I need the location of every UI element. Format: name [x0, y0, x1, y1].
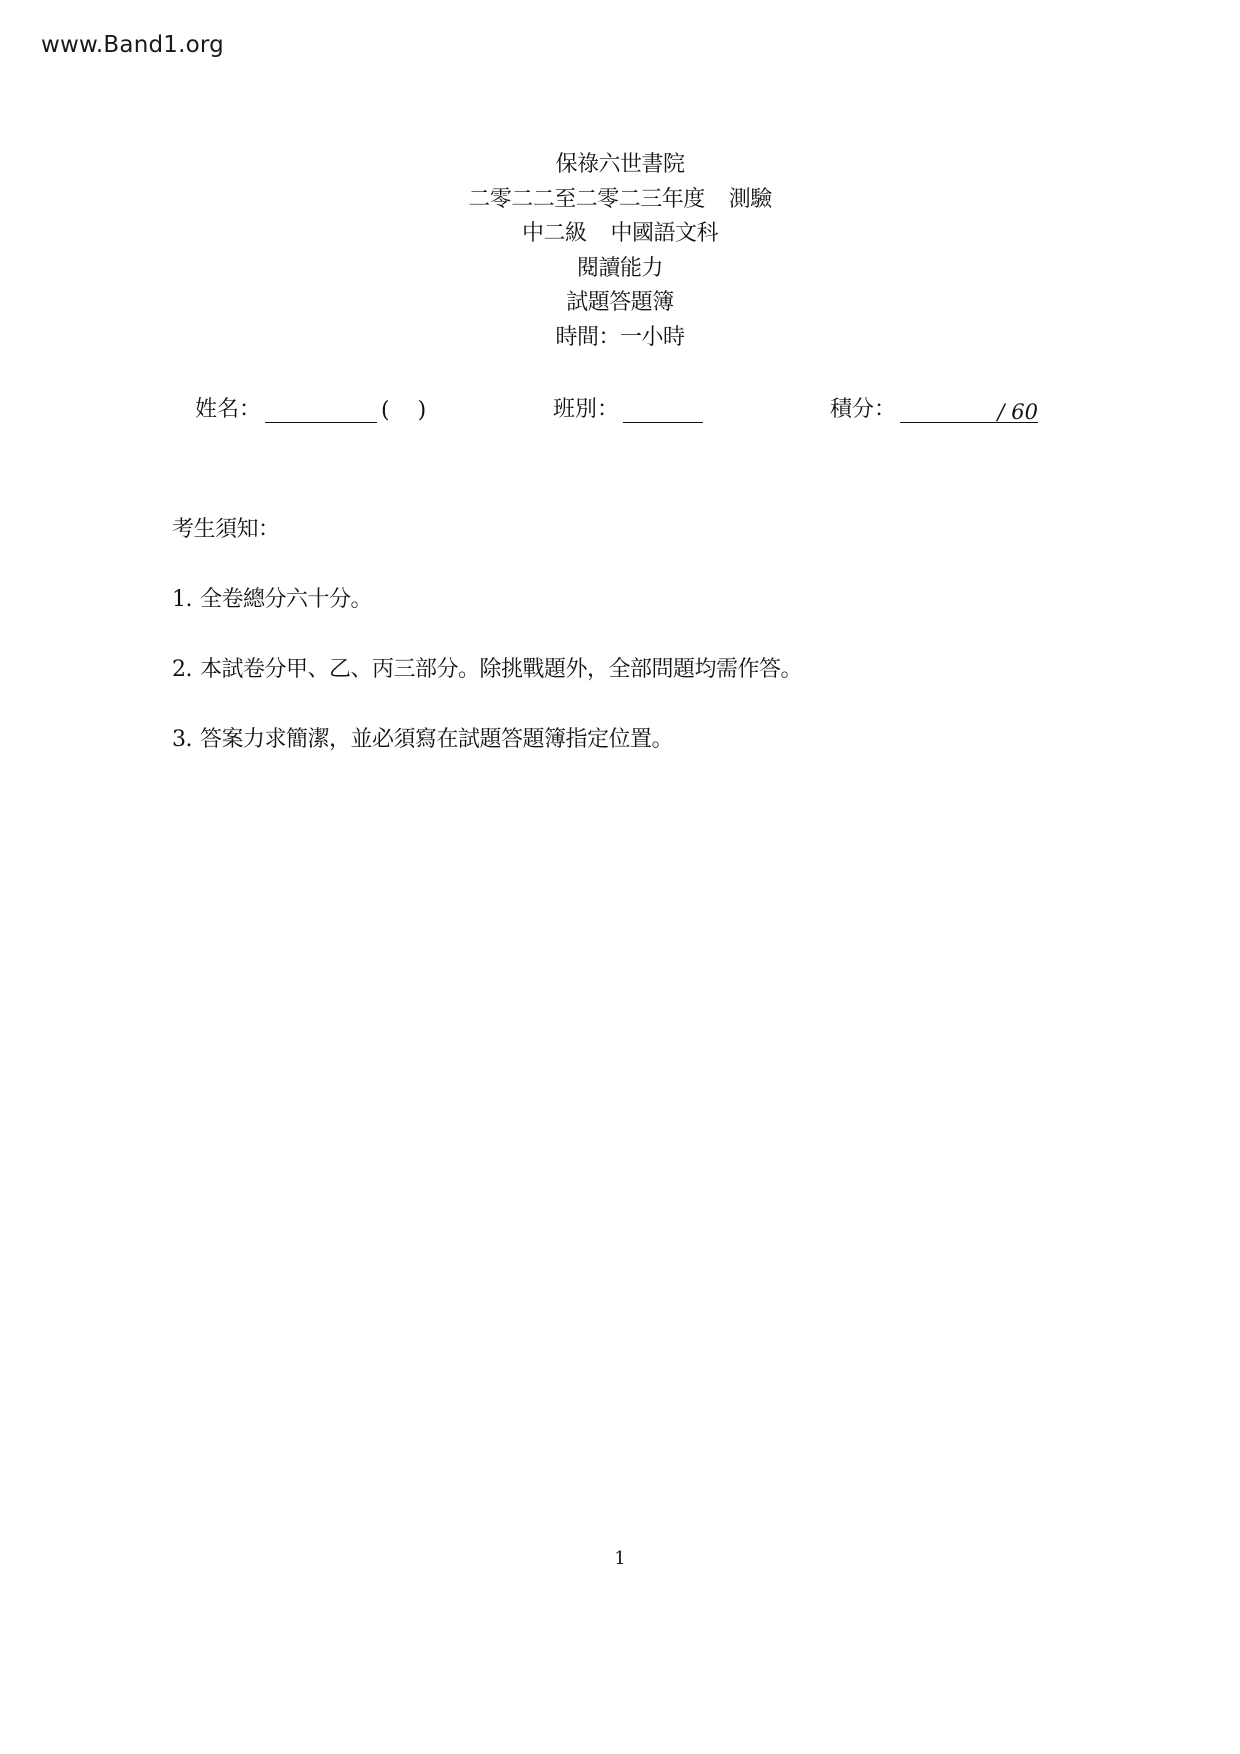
academic-year-range: 二零二二至二零二三年度: [468, 187, 705, 212]
school-name: 保祿六世書院: [0, 148, 1240, 183]
instruction-text: 本試卷分甲、乙、丙三部分。除挑戰題外，全部問題均需作答。: [200, 657, 802, 682]
exam-duration: 時間：一小時: [0, 321, 1240, 356]
class-blank[interactable]: [623, 398, 703, 423]
page-number: 1: [0, 1548, 1240, 1569]
instruction-text: 答案力求簡潔，並必須寫在試題答題簿指定位置。: [200, 727, 673, 752]
class-field[interactable]: 班別：: [553, 392, 703, 423]
name-label: 姓名：: [195, 392, 261, 423]
class-label: 班別：: [553, 392, 619, 423]
subject-name: 中國語文科: [611, 221, 719, 246]
grade-level: 中二級: [522, 221, 587, 246]
instruction-number: 3.: [172, 727, 200, 752]
exam-type: 測驗: [729, 187, 772, 212]
score-total: / 60: [998, 400, 1038, 424]
grade-subject: 中二級中國語文科: [0, 217, 1240, 252]
score-label: 積分：: [830, 392, 896, 423]
instructions-title: 考生須知：: [172, 512, 802, 582]
instruction-item: 3.答案力求簡潔，並必須寫在試題答題簿指定位置。: [172, 722, 802, 792]
document-header: 保祿六世書院 二零二二至二零二三年度測驗 中二級中國語文科 閱讀能力 試題答題簿…: [0, 148, 1240, 355]
instruction-item: 1.全卷總分六十分。: [172, 582, 802, 652]
class-number-paren: ( ): [381, 398, 426, 423]
watermark-url: www.Band1.org: [41, 32, 224, 58]
academic-year: 二零二二至二零二三年度測驗: [0, 183, 1240, 218]
booklet-title: 試題答題簿: [0, 286, 1240, 321]
name-field[interactable]: 姓名： ( ): [195, 392, 426, 423]
student-info-fields: 姓名： ( ) 班別： 積分： / 60: [0, 392, 1240, 432]
score-field[interactable]: 積分： / 60: [830, 392, 1038, 423]
instruction-number: 1.: [172, 587, 200, 612]
paper-title: 閱讀能力: [0, 252, 1240, 287]
instruction-text: 全卷總分六十分。: [200, 587, 372, 612]
candidate-instructions: 考生須知： 1.全卷總分六十分。 2.本試卷分甲、乙、丙三部分。除挑戰題外，全部…: [172, 512, 802, 792]
name-blank[interactable]: [265, 398, 377, 423]
instruction-number: 2.: [172, 657, 200, 682]
instruction-item: 2.本試卷分甲、乙、丙三部分。除挑戰題外，全部問題均需作答。: [172, 652, 802, 722]
score-blank[interactable]: / 60: [900, 398, 1038, 423]
